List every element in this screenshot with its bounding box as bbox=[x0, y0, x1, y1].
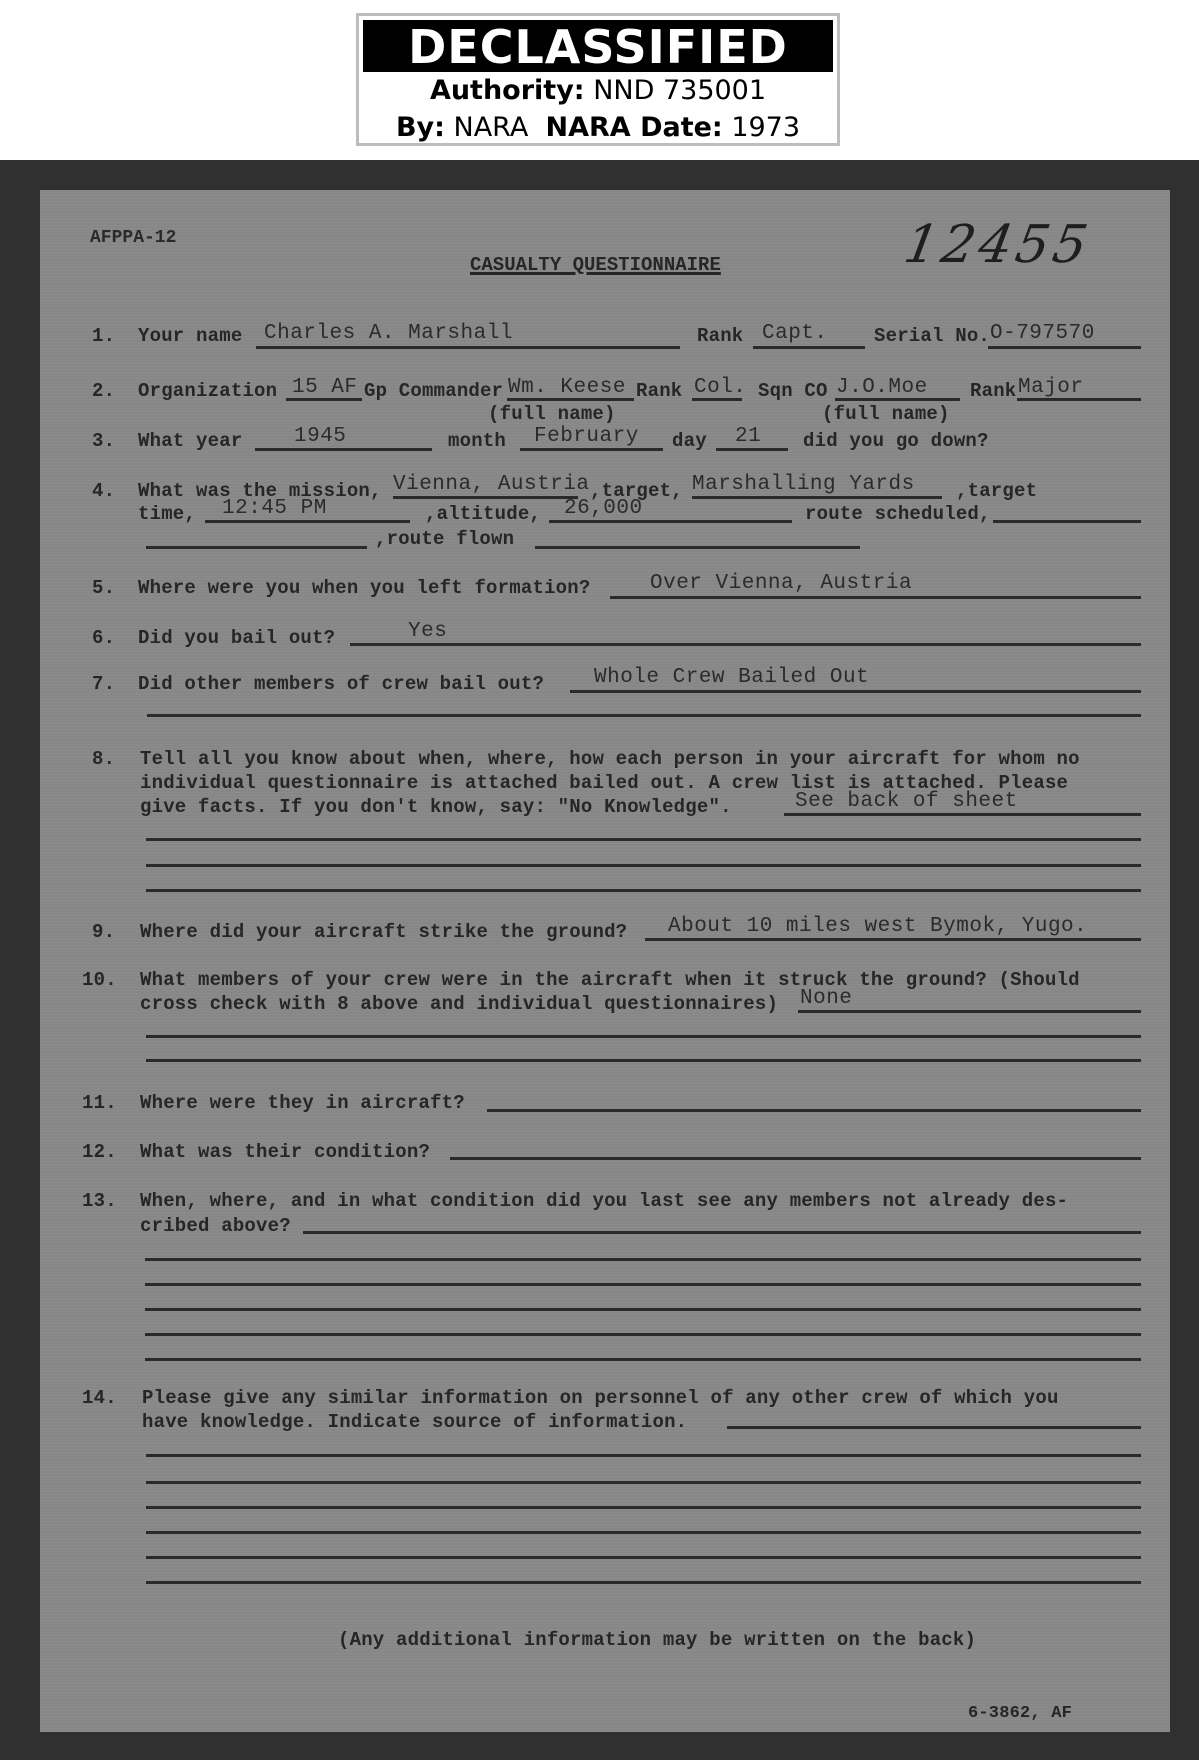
q14-text-line1: Please give any similar information on p… bbox=[142, 1387, 1059, 1409]
q1-rank-label: Rank bbox=[697, 325, 743, 347]
q14-line-2[interactable] bbox=[146, 1454, 1141, 1457]
q8-line bbox=[784, 813, 1141, 816]
q8-field[interactable]: See back of sheet bbox=[795, 790, 1018, 813]
authority-label: Authority: bbox=[430, 75, 585, 106]
q4-number: 4. bbox=[92, 480, 115, 502]
stamp-by-date: By: NARA NARA Date: 1973 bbox=[359, 109, 837, 146]
q4-time-line bbox=[205, 520, 410, 523]
q5-line bbox=[610, 596, 1141, 599]
q3-year-line bbox=[255, 448, 432, 451]
q13-text-line2: cribed above? bbox=[140, 1215, 291, 1237]
q14-line-5[interactable] bbox=[146, 1531, 1141, 1534]
q3-number: 3. bbox=[92, 430, 115, 452]
q11-number: 11. bbox=[82, 1092, 117, 1114]
q12-label: What was their condition? bbox=[140, 1141, 430, 1163]
q13-line-3[interactable] bbox=[145, 1283, 1141, 1286]
q2-org-field[interactable]: 15 AF bbox=[292, 376, 358, 399]
q4-target-field[interactable]: Marshalling Yards bbox=[692, 473, 915, 496]
q13-line-4[interactable] bbox=[145, 1308, 1141, 1311]
q7-field[interactable]: Whole Crew Bailed Out bbox=[594, 666, 869, 689]
q8-text-line3: give facts. If you don't know, say: "No … bbox=[140, 796, 732, 818]
q1-name-line bbox=[256, 346, 680, 349]
q2-sqn-co-field[interactable]: J.O.Moe bbox=[836, 376, 928, 399]
authority-value: NND 735001 bbox=[593, 75, 766, 106]
q6-label: Did you bail out? bbox=[138, 627, 335, 649]
q3-day-label: day bbox=[672, 430, 707, 452]
q14-line-7[interactable] bbox=[146, 1581, 1141, 1584]
q8-line-3[interactable] bbox=[146, 864, 1141, 867]
q1-serial-field[interactable]: O-797570 bbox=[990, 322, 1095, 345]
q9-number: 9. bbox=[92, 921, 115, 943]
q6-field[interactable]: Yes bbox=[408, 620, 447, 643]
q1-rank-line bbox=[753, 346, 865, 349]
q13-line-6[interactable] bbox=[145, 1358, 1141, 1361]
q2-sqn-co-label: Sqn CO bbox=[758, 380, 828, 402]
q2-sqn-full-name-hint: (full name) bbox=[822, 403, 950, 425]
q1-number: 1. bbox=[92, 325, 115, 347]
q14-line-6[interactable] bbox=[146, 1556, 1141, 1559]
q4-altitude-line bbox=[549, 520, 792, 523]
q4-route-flown-label: ,route flown bbox=[375, 528, 514, 550]
q1-rank-field[interactable]: Capt. bbox=[762, 322, 828, 345]
q14-text-line2: have knowledge. Indicate source of infor… bbox=[142, 1411, 687, 1433]
q12-field[interactable] bbox=[450, 1157, 1141, 1160]
footer-note: (Any additional information may be writt… bbox=[338, 1629, 976, 1651]
q3-day-field[interactable]: 21 bbox=[735, 425, 761, 448]
q9-field[interactable]: About 10 miles west Bymok, Yugo. bbox=[668, 915, 1087, 938]
q2-gp-cmdr-field[interactable]: Wm. Keese bbox=[508, 376, 626, 399]
q10-field[interactable]: None bbox=[800, 987, 852, 1010]
q14-line-4[interactable] bbox=[146, 1506, 1141, 1509]
q3-suffix: did you go down? bbox=[803, 430, 989, 452]
q3-month-label: month bbox=[448, 430, 506, 452]
q8-number: 8. bbox=[92, 748, 115, 770]
q10-line bbox=[798, 1010, 1141, 1013]
q13-line-2[interactable] bbox=[145, 1258, 1141, 1261]
q2-sqn-rank-label: Rank bbox=[970, 380, 1016, 402]
q3-month-line bbox=[520, 448, 663, 451]
q2-gp-rank-field[interactable]: Col. bbox=[694, 376, 746, 399]
q4-route-scheduled-label: route scheduled, bbox=[805, 503, 991, 525]
q14-number: 14. bbox=[82, 1387, 117, 1409]
q7-line-2[interactable] bbox=[147, 714, 1141, 717]
q7-number: 7. bbox=[92, 673, 115, 695]
q14-line-3[interactable] bbox=[146, 1481, 1141, 1484]
q5-label: Where were you when you left formation? bbox=[138, 577, 590, 599]
q3-day-line bbox=[716, 448, 788, 451]
q4-target-time-label: ,target bbox=[956, 480, 1037, 502]
form-code: AFPPA-12 bbox=[90, 228, 176, 248]
q4-target-line bbox=[692, 496, 942, 499]
q3-month-field[interactable]: February bbox=[534, 425, 639, 448]
q4-route-scheduled-field-cont[interactable] bbox=[146, 546, 367, 549]
q6-line bbox=[350, 643, 1141, 646]
q5-field[interactable]: Over Vienna, Austria bbox=[650, 572, 912, 595]
q13-number: 13. bbox=[82, 1190, 117, 1212]
stamp-authority: Authority: NND 735001 bbox=[359, 72, 837, 109]
date-value: 1973 bbox=[731, 112, 800, 143]
q8-line-4[interactable] bbox=[146, 889, 1141, 892]
by-value: NARA bbox=[454, 112, 529, 143]
q10-text-line1: What members of your crew were in the ai… bbox=[140, 969, 1080, 991]
q4-mission-line bbox=[393, 496, 578, 499]
q3-year-label: What year bbox=[138, 430, 242, 452]
q1-serial-label: Serial No. bbox=[874, 325, 990, 347]
q4-altitude-field[interactable]: 26,000 bbox=[564, 497, 643, 520]
q4-altitude-label: ,altitude, bbox=[425, 503, 541, 525]
q2-gp-cmdr-label: Gp Commander bbox=[364, 380, 503, 402]
q8-text-line1: Tell all you know about when, where, how… bbox=[140, 748, 1080, 770]
q5-number: 5. bbox=[92, 577, 115, 599]
q4-route-flown-field[interactable] bbox=[535, 546, 860, 549]
stamp-title: DECLASSIFIED bbox=[363, 20, 833, 72]
declassified-stamp: DECLASSIFIED Authority: NND 735001 By: N… bbox=[356, 13, 840, 146]
q4-route-scheduled-field[interactable] bbox=[993, 520, 1141, 523]
date-label: NARA Date: bbox=[546, 112, 723, 143]
q4-time-label: time, bbox=[138, 503, 196, 525]
q1-serial-line bbox=[988, 346, 1141, 349]
q7-label: Did other members of crew bail out? bbox=[138, 673, 544, 695]
q2-number: 2. bbox=[92, 380, 115, 402]
q2-gp-rank-label: Rank bbox=[636, 380, 682, 402]
q11-label: Where were they in aircraft? bbox=[140, 1092, 465, 1114]
by-label: By: bbox=[396, 112, 445, 143]
q1-name-field[interactable]: Charles A. Marshall bbox=[264, 322, 513, 345]
q10-line-2[interactable] bbox=[146, 1035, 1141, 1038]
q4-time-field[interactable]: 12:45 PM bbox=[222, 497, 327, 520]
q9-label: Where did your aircraft strike the groun… bbox=[140, 921, 627, 943]
q13-field[interactable] bbox=[303, 1231, 1141, 1234]
q10-number: 10. bbox=[82, 969, 117, 991]
q12-number: 12. bbox=[82, 1141, 117, 1163]
q2-org-label: Organization bbox=[138, 380, 277, 402]
q13-text-line1: When, where, and in what condition did y… bbox=[140, 1190, 1068, 1212]
form-title: CASUALTY QUESTIONNAIRE bbox=[470, 254, 721, 276]
q4-mission-field[interactable]: Vienna, Austria bbox=[393, 473, 590, 496]
q6-number: 6. bbox=[92, 627, 115, 649]
q7-line bbox=[570, 690, 1141, 693]
form-number: 6-3862, AF bbox=[968, 1704, 1072, 1723]
q2-gp-full-name-hint: (full name) bbox=[488, 403, 616, 425]
q8-line-2[interactable] bbox=[146, 838, 1141, 841]
q13-line-5[interactable] bbox=[145, 1333, 1141, 1336]
q10-line-3[interactable] bbox=[146, 1059, 1141, 1062]
q9-line bbox=[645, 938, 1141, 941]
q14-field[interactable] bbox=[727, 1426, 1141, 1429]
handwritten-number: 12455 bbox=[900, 215, 1096, 275]
q3-year-field[interactable]: 1945 bbox=[294, 425, 346, 448]
q10-text-line2: cross check with 8 above and individual … bbox=[140, 993, 778, 1015]
q1-name-label: Your name bbox=[138, 325, 242, 347]
q11-field[interactable] bbox=[487, 1109, 1141, 1112]
q2-sqn-rank-field[interactable]: Major bbox=[1018, 376, 1084, 399]
